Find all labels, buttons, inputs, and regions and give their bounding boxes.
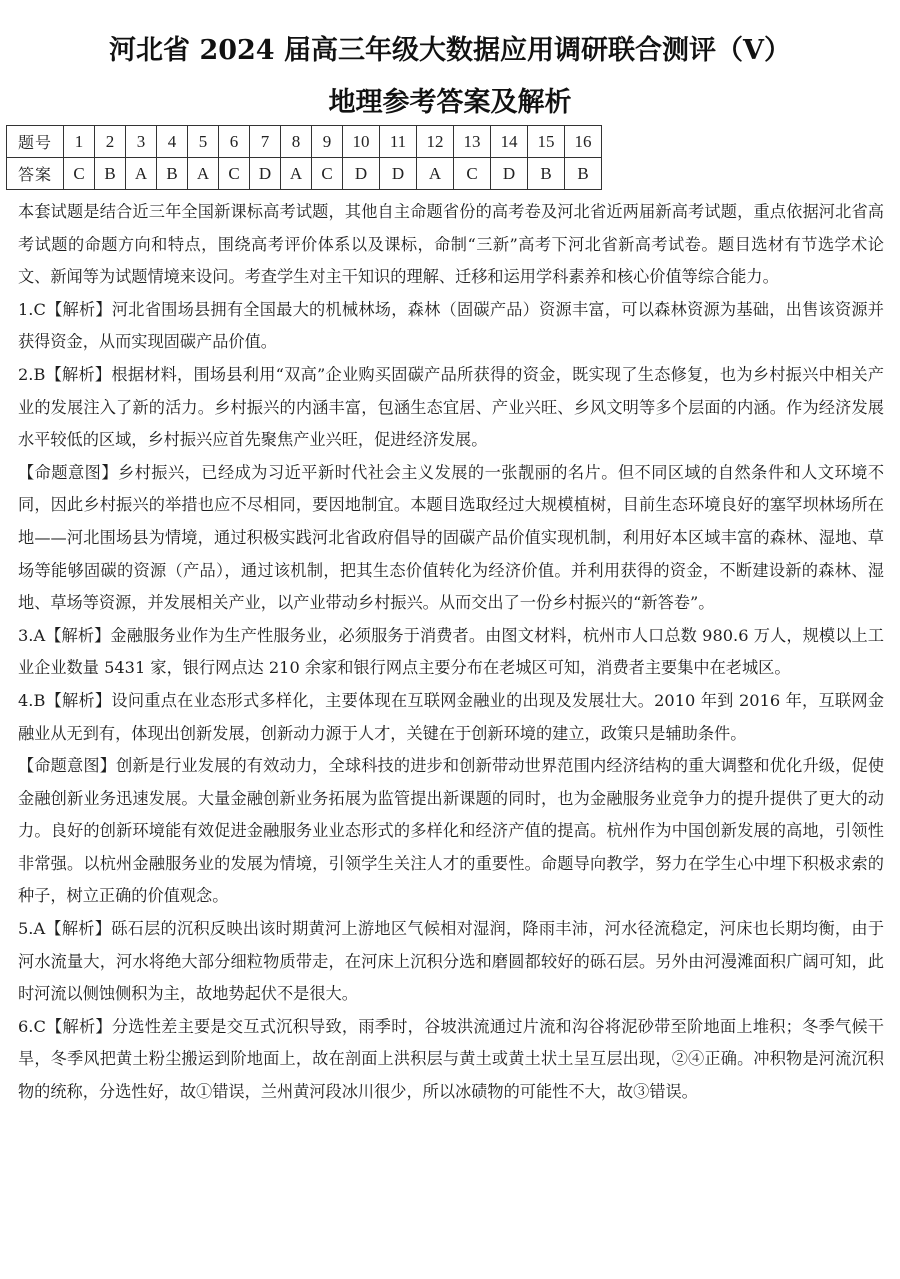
answer-cell: D — [380, 158, 417, 190]
intent-q3-4: 【命题意图】创新是行业发展的有效动力，全球科技的进步和创新带动世界范围内经济结构… — [18, 750, 884, 913]
question-number: 6 — [219, 126, 250, 158]
answer-cell: D — [250, 158, 281, 190]
answer-cell: C — [454, 158, 491, 190]
answer-cell: C — [219, 158, 250, 190]
explanation-label: 3.A【解析】 — [18, 626, 110, 645]
answer-cell: A — [281, 158, 312, 190]
question-number: 14 — [491, 126, 528, 158]
question-number: 10 — [343, 126, 380, 158]
answer-cell: D — [343, 158, 380, 190]
question-row-label: 题号 — [7, 126, 64, 158]
explanation-label: 1.C【解析】 — [18, 300, 112, 319]
question-number: 13 — [454, 126, 491, 158]
explanation-text: 分选性差主要是交互式沉积导致，雨季时，谷坡洪流通过片流和沟谷将泥砂带至阶地面上堆… — [18, 1017, 884, 1101]
explanation-text: 砾石层的沉积反映出该时期黄河上游地区气候相对湿润，降雨丰沛，河水径流稳定，河床也… — [18, 919, 884, 1003]
answer-cell: B — [565, 158, 602, 190]
explanation-text: 根据材料，围场县利用“双高”企业购买固碳产品所获得的资金，既实现了生态修复，也为… — [18, 365, 884, 449]
answer-row-label: 答案 — [7, 158, 64, 190]
intent-text: 创新是行业发展的有效动力，全球科技的进步和创新带动世界范围内经济结构的重大调整和… — [18, 756, 884, 905]
question-number: 9 — [312, 126, 343, 158]
question-number: 1 — [64, 126, 95, 158]
answer-cell: C — [64, 158, 95, 190]
explanation-q1: 1.C【解析】河北省围场县拥有全国最大的机械林场，森林（固碳产品）资源丰富，可以… — [18, 294, 884, 359]
intent-q1-2: 【命题意图】乡村振兴，已经成为习近平新时代社会主义发展的一张靓丽的名片。但不同区… — [18, 457, 884, 620]
answer-row: 答案 C B A B A C D A C D D A C D B B — [7, 158, 602, 190]
explanation-label: 4.B【解析】 — [18, 691, 111, 710]
question-number: 3 — [126, 126, 157, 158]
intro-paragraph: 本套试题是结合近三年全国新课标高考试题，其他自主命题省份的高考卷及河北省近两届新… — [18, 196, 884, 294]
document-subtitle: 地理参考答案及解析 — [0, 80, 900, 119]
question-number: 12 — [417, 126, 454, 158]
question-number-row: 题号 1 2 3 4 5 6 7 8 9 10 11 12 13 14 15 1… — [7, 126, 602, 158]
answer-cell: D — [491, 158, 528, 190]
explanation-label: 5.A【解析】 — [18, 919, 111, 938]
explanation-q4: 4.B【解析】设问重点在业态形式多样化，主要体现在互联网金融业的出现及发展壮大。… — [18, 685, 884, 750]
document-title: 河北省 2024 届高三年级大数据应用调研联合测评（V） — [0, 28, 900, 67]
question-number: 16 — [565, 126, 602, 158]
question-number: 4 — [157, 126, 188, 158]
question-number: 11 — [380, 126, 417, 158]
explanation-text: 金融服务业作为生产性服务业，必须服务于消费者。由图文材料，杭州市人口总数 980… — [18, 626, 884, 678]
explanation-label: 6.C【解析】 — [18, 1017, 112, 1036]
answer-cell: B — [528, 158, 565, 190]
answer-cell: A — [126, 158, 157, 190]
answer-cell: A — [417, 158, 454, 190]
explanation-label: 2.B【解析】 — [18, 365, 111, 384]
answer-cell: C — [312, 158, 343, 190]
question-number: 15 — [528, 126, 565, 158]
explanation-text: 河北省围场县拥有全国最大的机械林场，森林（固碳产品）资源丰富，可以森林资源为基础… — [18, 300, 884, 352]
explanation-q5: 5.A【解析】砾石层的沉积反映出该时期黄河上游地区气候相对湿润，降雨丰沛，河水径… — [18, 913, 884, 1011]
answer-cell: B — [157, 158, 188, 190]
question-number: 5 — [188, 126, 219, 158]
intent-label: 【命题意图】 — [18, 463, 118, 482]
explanation-q3: 3.A【解析】金融服务业作为生产性服务业，必须服务于消费者。由图文材料，杭州市人… — [18, 620, 884, 685]
question-number: 7 — [250, 126, 281, 158]
explanation-q2: 2.B【解析】根据材料，围场县利用“双高”企业购买固碳产品所获得的资金，既实现了… — [18, 359, 884, 457]
explanation-q6: 6.C【解析】分选性差主要是交互式沉积导致，雨季时，谷坡洪流通过片流和沟谷将泥砂… — [18, 1011, 884, 1109]
intent-label: 【命题意图】 — [18, 756, 116, 775]
intent-text: 乡村振兴，已经成为习近平新时代社会主义发展的一张靓丽的名片。但不同区域的自然条件… — [18, 463, 884, 612]
explanation-text: 设问重点在业态形式多样化，主要体现在互联网金融业的出现及发展壮大。2010 年到… — [18, 691, 884, 743]
answer-key-table: 题号 1 2 3 4 5 6 7 8 9 10 11 12 13 14 15 1… — [6, 125, 602, 190]
answer-cell: A — [188, 158, 219, 190]
question-number: 8 — [281, 126, 312, 158]
question-number: 2 — [95, 126, 126, 158]
answer-cell: B — [95, 158, 126, 190]
document-body: 本套试题是结合近三年全国新课标高考试题，其他自主命题省份的高考卷及河北省近两届新… — [18, 196, 884, 1109]
